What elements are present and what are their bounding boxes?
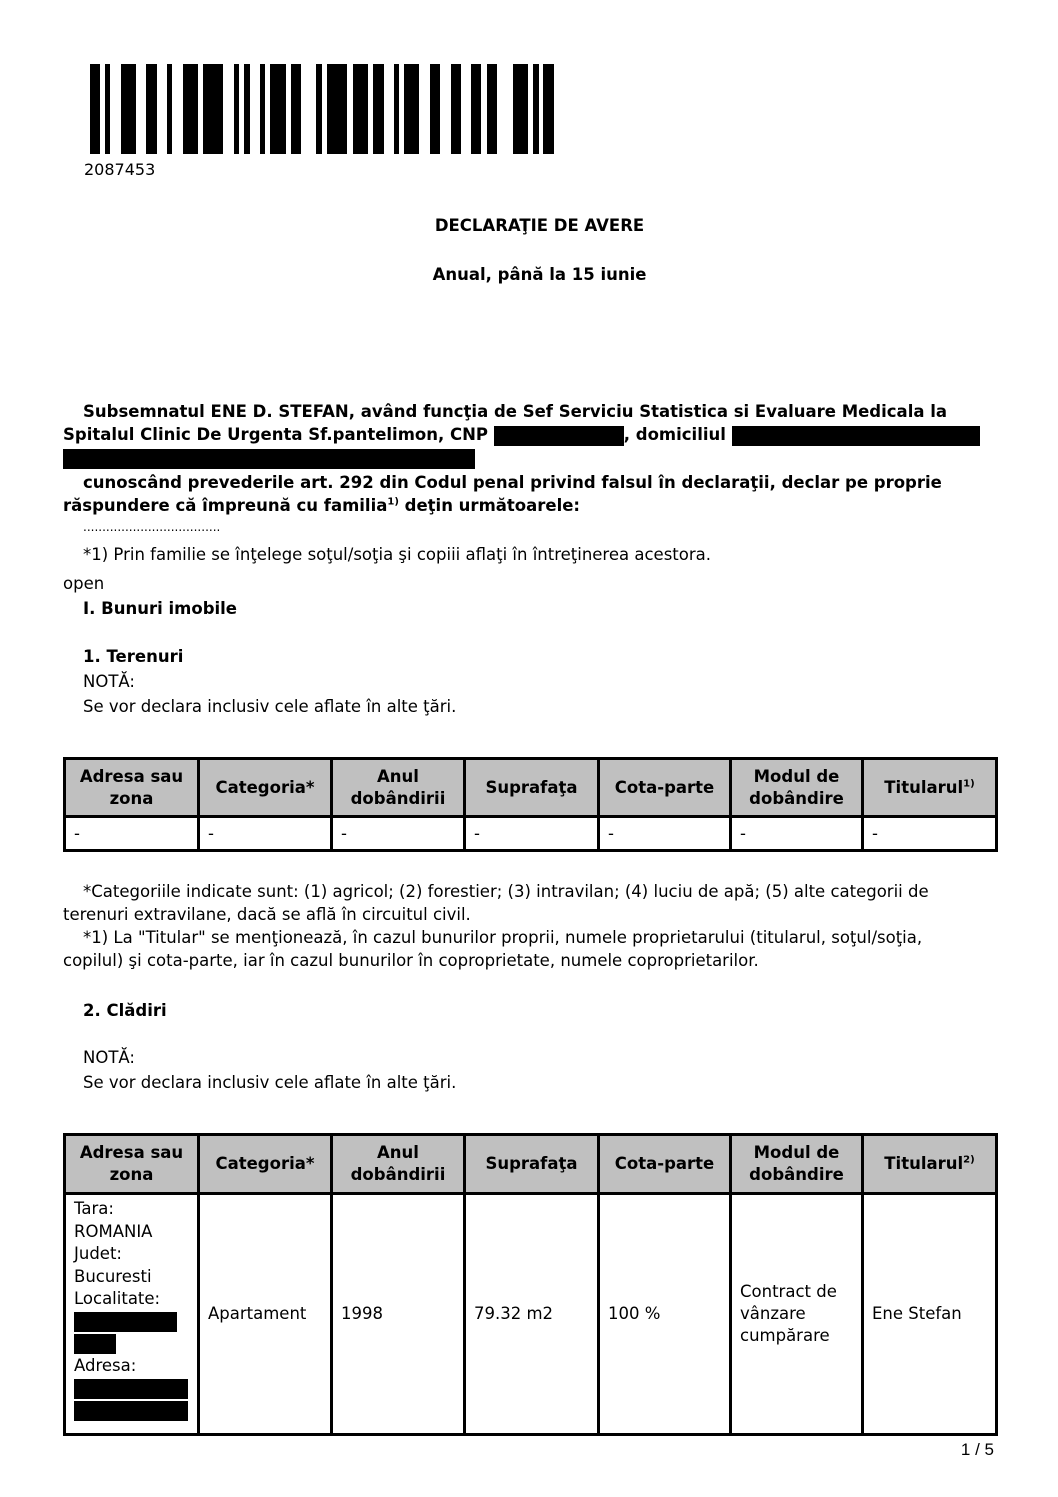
barcode-bar bbox=[203, 64, 223, 154]
barcode-bar bbox=[513, 64, 528, 154]
titular-sup: 2) bbox=[963, 1155, 975, 1166]
col-header-modul: Modul de dobândire bbox=[731, 759, 863, 817]
cell: - bbox=[731, 817, 863, 851]
col-header-categoria: Categoria* bbox=[199, 759, 332, 817]
terenuri-table: Adresa sau zona Categoria* Anul dobândir… bbox=[63, 757, 998, 852]
redacted-address bbox=[63, 449, 475, 469]
subsection-terenuri: 1. Terenuri bbox=[63, 645, 1023, 668]
barcode-bar bbox=[451, 64, 461, 154]
titular-label: Titularul bbox=[884, 1154, 963, 1173]
barcode-bar bbox=[404, 64, 419, 154]
col-header-suprafata: Suprafaţa bbox=[465, 1135, 599, 1194]
intro-line-2: Spitalul Clinic De Urgenta Sf.pantelimon… bbox=[63, 423, 1003, 446]
family-footnote: *1) Prin familie se înţelege soţul/soţia… bbox=[63, 543, 1023, 566]
cota-cell: 100 % bbox=[599, 1194, 731, 1435]
barcode-bar bbox=[146, 64, 157, 154]
tara-label: Tara: bbox=[74, 1198, 193, 1221]
col-header-adresa: Adresa sau zona bbox=[65, 1135, 199, 1194]
note-text-terenuri: Se vor declara inclusiv cele aflate în a… bbox=[63, 695, 1023, 718]
barcode-bar bbox=[543, 64, 554, 154]
note-text-cladiri: Se vor declara inclusiv cele aflate în a… bbox=[63, 1071, 1023, 1094]
barcode-bar bbox=[234, 64, 239, 154]
localitate-label: Localitate: bbox=[74, 1288, 193, 1311]
suprafata-cell: 79.32 m2 bbox=[465, 1194, 599, 1435]
titular-footnote-line-2: copilul) şi cota-parte, iar în cazul bun… bbox=[63, 949, 1003, 972]
subsection-cladiri: 2. Clădiri bbox=[63, 999, 1023, 1022]
anul-cell: 1998 bbox=[332, 1194, 465, 1435]
note-label-terenuri: NOTĂ: bbox=[63, 670, 1023, 693]
col-header-modul: Modul de dobândire bbox=[731, 1135, 863, 1194]
redacted-adresa-1 bbox=[74, 1379, 188, 1399]
barcode-bar bbox=[316, 64, 322, 154]
intro-line-5: răspundere că împreună cu familia1) deţi… bbox=[63, 494, 1003, 517]
document-subtitle: Anual, până la 15 iunie bbox=[0, 265, 1058, 284]
judet-label: Judet: bbox=[74, 1243, 193, 1266]
categorii-footnote-line-1: *Categoriile indicate sunt: (1) agricol;… bbox=[63, 880, 1003, 903]
barcode-number: 2087453 bbox=[84, 160, 155, 179]
col-header-titular: Titularul2) bbox=[863, 1135, 997, 1194]
modul-cell: Contract de vânzare cumpărare bbox=[731, 1194, 863, 1435]
adresa-label: Adresa: bbox=[74, 1355, 193, 1378]
section-title-bunuri-imobile: I. Bunuri imobile bbox=[63, 597, 1023, 620]
document-title: DECLARAŢIE DE AVERE bbox=[0, 216, 1058, 235]
redacted-cnp bbox=[494, 426, 624, 446]
intro-line-2-domiciliu: , domiciliul bbox=[624, 425, 726, 444]
cell: - bbox=[599, 817, 731, 851]
dotted-line: .................................... bbox=[63, 520, 1003, 534]
barcode-bar bbox=[121, 64, 136, 154]
intro-line-3 bbox=[63, 446, 1003, 469]
categorii-footnote-line-2: terenuri extravilane, dacă se află în ci… bbox=[63, 903, 1003, 926]
redacted-localitate-1 bbox=[74, 1312, 177, 1332]
categoria-cell: Apartament bbox=[199, 1194, 332, 1435]
cell: - bbox=[65, 817, 199, 851]
barcode-bar bbox=[394, 64, 399, 154]
barcode-bar bbox=[105, 64, 110, 154]
barcode-bar bbox=[260, 64, 265, 154]
cell: - bbox=[465, 817, 599, 851]
cell: - bbox=[863, 817, 997, 851]
table-header-row: Adresa sau zona Categoria* Anul dobândir… bbox=[65, 759, 997, 817]
footnote-ref: 1) bbox=[387, 497, 399, 508]
redacted-domiciliu bbox=[732, 426, 980, 446]
terenuri-footnotes: *Categoriile indicate sunt: (1) agricol;… bbox=[63, 880, 1003, 972]
col-header-titular: Titularul1) bbox=[863, 759, 997, 817]
barcode-bar bbox=[183, 64, 198, 154]
titular-cell: Ene Stefan bbox=[863, 1194, 997, 1435]
cell: - bbox=[332, 817, 465, 851]
col-header-anul: Anul dobândirii bbox=[332, 1135, 465, 1194]
col-header-adresa: Adresa sau zona bbox=[65, 759, 199, 817]
barcode-bar bbox=[430, 64, 440, 154]
cladiri-table: Adresa sau zona Categoria* Anul dobândir… bbox=[63, 1133, 998, 1436]
page-number: 1 / 5 bbox=[961, 1440, 994, 1460]
intro-line-4: cunoscând prevederile art. 292 din Codul… bbox=[63, 471, 1003, 494]
col-header-suprafata: Suprafaţa bbox=[465, 759, 599, 817]
barcode-bar bbox=[373, 64, 384, 154]
col-header-anul: Anul dobândirii bbox=[332, 759, 465, 817]
titular-footnote-line-1: *1) La "Titular" se menţionează, în cazu… bbox=[63, 926, 1003, 949]
titular-sup: 1) bbox=[963, 778, 975, 789]
barcode-bar bbox=[353, 64, 368, 154]
barcode-bar bbox=[270, 64, 286, 154]
table-header-row: Adresa sau zona Categoria* Anul dobândir… bbox=[65, 1135, 997, 1194]
barcode-bar bbox=[90, 64, 100, 154]
open-marker: open bbox=[63, 572, 1003, 595]
barcode-bar bbox=[327, 64, 347, 154]
col-header-cota: Cota-parte bbox=[599, 1135, 731, 1194]
intro-line-1: Subsemnatul ENE D. STEFAN, având funcţia… bbox=[63, 400, 1003, 423]
intro-line-5-text: răspundere că împreună cu familia bbox=[63, 496, 387, 515]
barcode-bar bbox=[533, 64, 539, 154]
redacted-adresa-2 bbox=[74, 1401, 188, 1421]
intro-paragraph: Subsemnatul ENE D. STEFAN, având funcţia… bbox=[63, 400, 1003, 517]
barcode-bar bbox=[471, 64, 481, 154]
dots-text: .................................... bbox=[63, 520, 220, 534]
intro-line-5-end: deţin următoarele: bbox=[399, 496, 580, 515]
table-row: Tara: ROMANIA Judet: Bucuresti Localitat… bbox=[65, 1194, 997, 1435]
col-header-categoria: Categoria* bbox=[199, 1135, 332, 1194]
barcode-bar bbox=[167, 64, 172, 154]
barcode bbox=[90, 64, 560, 154]
judet-value: Bucuresti bbox=[74, 1266, 193, 1289]
barcode-bar bbox=[244, 64, 250, 154]
redacted-localitate-2 bbox=[74, 1334, 116, 1354]
tara-value: ROMANIA bbox=[74, 1221, 193, 1244]
address-cell: Tara: ROMANIA Judet: Bucuresti Localitat… bbox=[65, 1194, 199, 1435]
barcode-bar bbox=[487, 64, 497, 154]
intro-line-2-text: Spitalul Clinic De Urgenta Sf.pantelimon… bbox=[63, 425, 488, 444]
cell: - bbox=[199, 817, 332, 851]
titular-label: Titularul bbox=[884, 778, 963, 797]
col-header-cota: Cota-parte bbox=[599, 759, 731, 817]
note-label-cladiri: NOTĂ: bbox=[63, 1046, 1023, 1069]
table-row: - - - - - - - bbox=[65, 817, 997, 851]
barcode-bar bbox=[291, 64, 301, 154]
